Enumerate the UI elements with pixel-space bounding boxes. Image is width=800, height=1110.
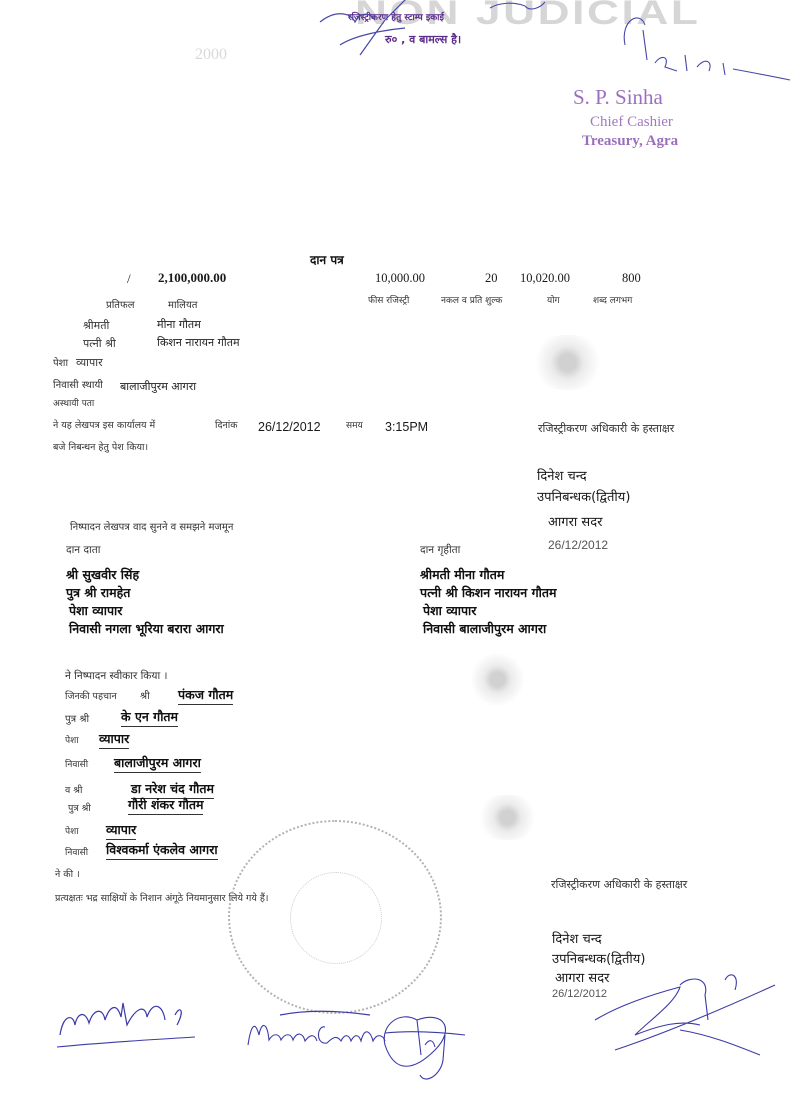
witness-1-address-label: निवासी: [65, 757, 88, 770]
value-label: मालियत: [168, 297, 197, 311]
temporary-address-label: अस्थायी पता: [53, 396, 94, 409]
word-count-label: शब्द लगभग: [593, 293, 632, 306]
donee-heading: दान गृहीता: [420, 543, 460, 557]
copy-fee-label: नकल व प्रति शुल्क: [441, 293, 502, 306]
permanent-address: बालाजीपुरम आगरा: [120, 379, 196, 394]
consideration-label: प्रतिफल: [106, 297, 134, 311]
donor-heading: दान दाता: [66, 543, 100, 557]
officer-signature-label-2: रजिस्ट्रीकरण अधिकारी के हस्ताक्षर: [551, 877, 687, 892]
presenter-occupation-label: पेशा: [53, 355, 68, 369]
witness-1-occupation-label: पेशा: [65, 733, 79, 746]
treasury-stamp-office: Treasury, Agra: [582, 133, 678, 150]
witness-1-identified-label: जिनकी पहचान: [65, 689, 117, 702]
witness-2-address: विश्वकर्मा एंकलेव आगरा: [106, 841, 218, 860]
closing-text: ने की ।: [55, 867, 80, 880]
witness-1-relation-label: पुत्र श्री: [65, 711, 89, 725]
officer-signature: [580, 965, 780, 1060]
thumb-impression: [530, 335, 605, 390]
donor-name: श्री सुखवीर सिंह: [66, 566, 139, 583]
valuation-amount: 2,100,000.00: [158, 270, 226, 286]
word-count: 800: [622, 271, 641, 286]
presenter-occupation: व्यापार: [76, 355, 103, 370]
header-handwritten-date: [605, 5, 795, 85]
thumb-impression: [470, 652, 525, 707]
donor-address: निवासी नगला भूरिया बरारा आगरा: [69, 620, 224, 637]
presentation-text: ने यह लेखपत्र इस कार्यालय में: [53, 418, 155, 431]
officer-name-2: दिनेश चन्द: [552, 929, 602, 947]
donee-address: निवासी बालाजीपुरम आगरा: [423, 620, 546, 637]
witness-1-address: बालाजीपुरम आगरा: [114, 754, 201, 773]
presentation-date-label: दिनांक: [215, 418, 238, 431]
presentation-date: 26/12/2012: [258, 420, 321, 434]
presenter-relation-label: पत्नी श्री: [83, 336, 116, 351]
officer-name-1: दिनेश चन्द: [537, 466, 587, 484]
acceptance-text: ने निष्पादन स्वीकार किया ।: [65, 669, 168, 683]
witness-2-relation-name: गौरी शंकर गौतम: [128, 796, 203, 815]
witness-1-name: पंकज गौतम: [178, 686, 233, 705]
officer-designation-1: उपनिबन्धक(द्वितीय): [537, 487, 630, 505]
document-title: दान पत्र: [310, 251, 344, 268]
header-initials-scribble: [315, 0, 575, 60]
office-seal-inner-ring: [290, 872, 382, 964]
donor-occupation: पेशा व्यापार: [69, 602, 122, 619]
witness-2-title-label: व श्री: [65, 783, 83, 796]
total-fee: 10,020.00: [520, 271, 570, 286]
witness-2-occupation: व्यापार: [106, 821, 136, 840]
witness-1-relation-name: के एन गौतम: [121, 708, 178, 727]
witness-1-title-label: श्री: [140, 688, 150, 702]
treasury-stamp-designation: Chief Cashier: [590, 114, 673, 131]
officer-signature-label-1: रजिस्ट्रीकरण अधिकारी के हस्ताक्षर: [538, 421, 674, 436]
donor-relation: पुत्र श्री रामहेत: [66, 584, 130, 601]
stamp-paper-number: 2000: [195, 46, 227, 64]
presenter-title-label: श्रीमती: [83, 318, 109, 333]
execution-text: निष्पादन लेखपत्र वाद सुनने व समझने मजमून: [70, 519, 233, 533]
copy-fee: 20: [485, 271, 498, 286]
witness-signature: [325, 1005, 455, 1095]
registration-fee: 10,000.00: [375, 271, 425, 286]
donee-name: श्रीमती मीना गौतम: [420, 566, 504, 583]
thumb-impression: [475, 795, 540, 840]
officer-office-1: आगरा सदर: [548, 512, 602, 530]
permanent-address-label: निवासी स्थायी: [53, 377, 103, 391]
witness-2-address-label: निवासी: [65, 845, 88, 858]
presentation-time: 3:15PM: [385, 420, 428, 434]
donee-occupation: पेशा व्यापार: [423, 602, 476, 619]
presentation-text-after: बजे निबन्धन हेतु पेश किया।: [53, 440, 148, 453]
witness-1-occupation: व्यापार: [99, 730, 129, 749]
donee-relation: पत्नी श्री किशन नारायन गौतम: [420, 584, 556, 601]
treasury-stamp-name: S. P. Sinha: [573, 85, 663, 110]
valuation-separator: /: [127, 271, 131, 287]
registration-fee-label: फीस रजिस्ट्री: [368, 293, 409, 306]
witness-2-occupation-label: पेशा: [65, 824, 79, 837]
office-seal: [228, 820, 442, 1014]
witness-2-relation-label: पुत्र श्री: [68, 801, 91, 814]
donor-signature: [55, 995, 225, 1055]
officer-date-1: 26/12/2012: [548, 538, 608, 552]
presenter-relation-name: किशन नारायन गौतम: [157, 335, 240, 350]
total-label: योग: [547, 293, 560, 306]
presenter-name: मीना गौतम: [157, 317, 201, 332]
presentation-time-label: समय: [346, 418, 363, 431]
